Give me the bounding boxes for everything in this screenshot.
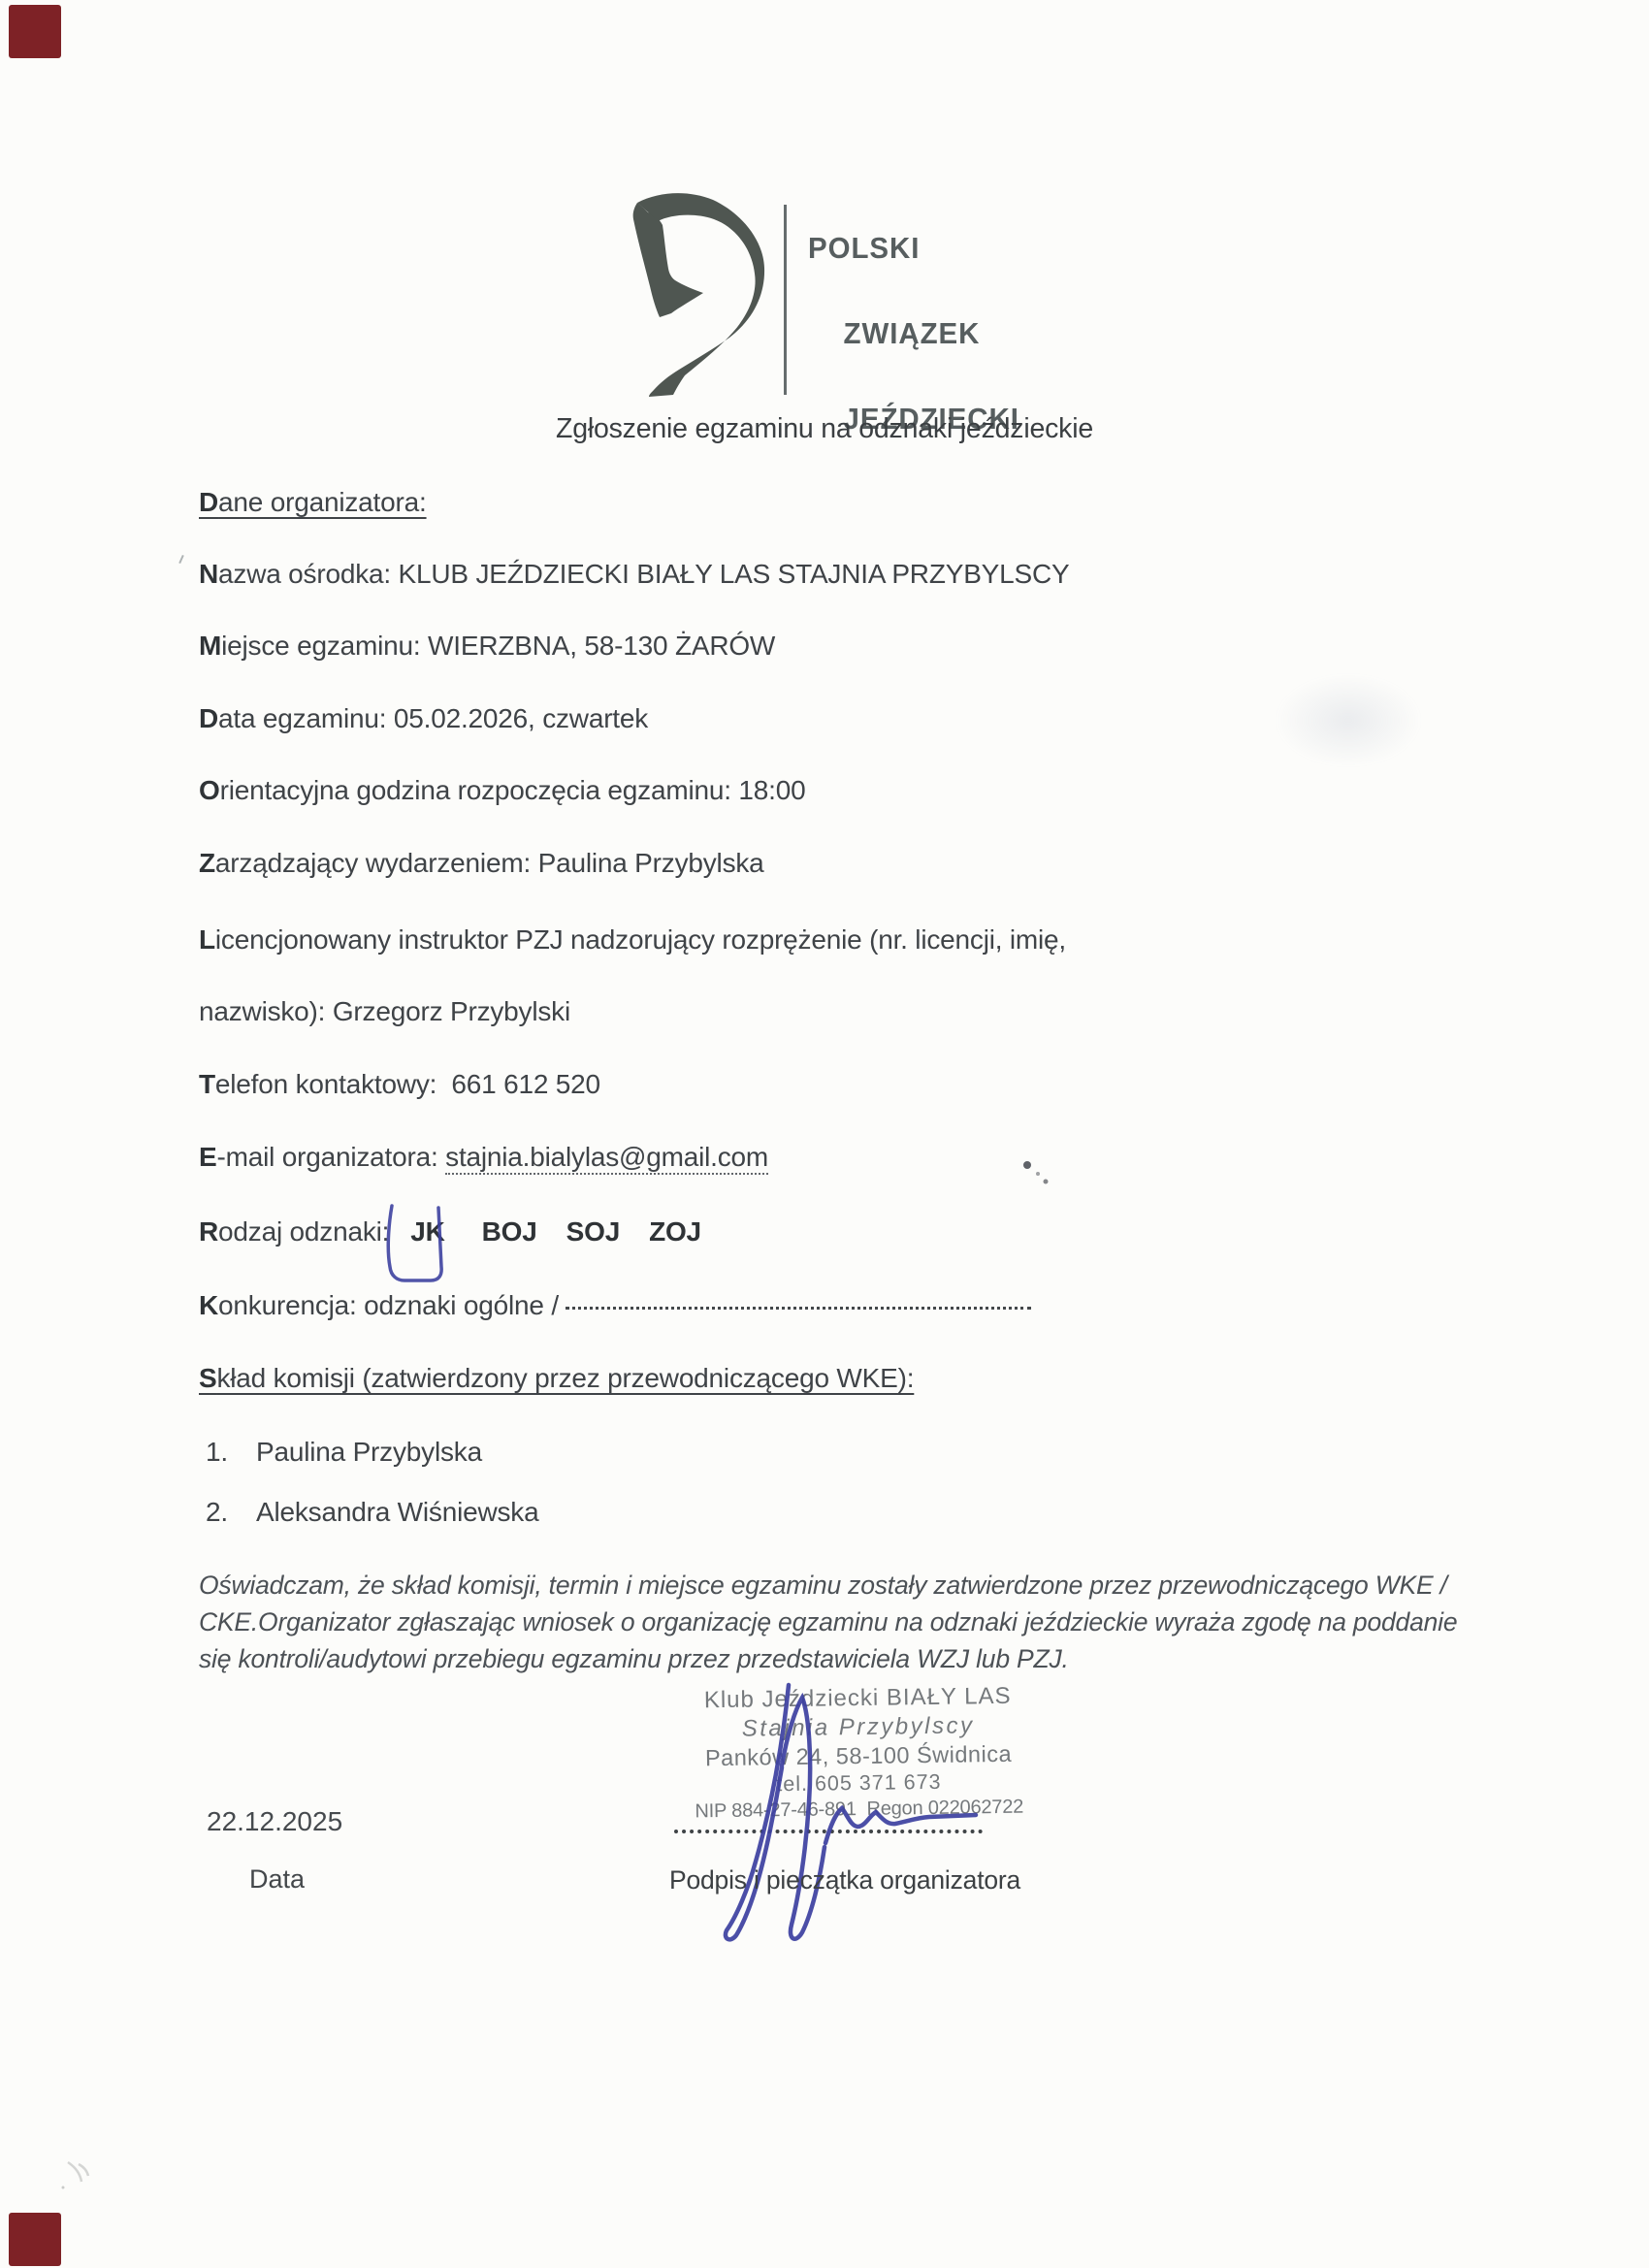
field-text: ata egzaminu: 05.02.2026, czwartek xyxy=(218,703,648,733)
field-text: icencjonowany instruktor PZJ nadzorujący… xyxy=(215,924,1066,955)
member-number: 1. xyxy=(206,1437,256,1468)
field-text: arządzający wydarzeniem: Paulina Przybyl… xyxy=(215,848,764,878)
logo-line-1: POLSKI xyxy=(808,231,920,265)
field-event-manager: Zarządzający wydarzeniem: Paulina Przyby… xyxy=(199,848,764,879)
field-lead: D xyxy=(199,703,218,733)
field-lead: R xyxy=(199,1216,218,1247)
field-lead: Z xyxy=(199,848,215,878)
declaration-line-2: CKE.Organizator zgłaszając wniosek o org… xyxy=(199,1607,1457,1637)
field-lead: E xyxy=(199,1142,216,1172)
date-label: Data xyxy=(249,1864,305,1895)
date-value: 22.12.2025 xyxy=(207,1806,342,1837)
heading-lead-letter: S xyxy=(199,1363,216,1393)
competition-dotted-blank xyxy=(566,1307,1031,1310)
logo-divider-line xyxy=(784,205,787,395)
field-text: azwa ośrodka: KLUB JEŹDZIECKI BIAŁY LAS … xyxy=(218,559,1069,589)
badge-option-jk: JK xyxy=(410,1216,444,1247)
competition-label: onkurencja: odznaki ogólne / xyxy=(218,1290,566,1320)
committee-member-2: 2.Aleksandra Wiśniewska xyxy=(206,1497,538,1528)
field-instructor-line2: nazwisko): Grzegorz Przybylski xyxy=(199,996,570,1027)
field-organizer-email: E-mail organizatora: stajnia.bialylas@gm… xyxy=(199,1142,768,1173)
field-badge-type: Rodzaj odznaki:JKBOJSOJZOJ xyxy=(199,1216,701,1247)
ink-specks xyxy=(1014,1150,1062,1193)
field-lead: M xyxy=(199,631,221,661)
member-name: Aleksandra Wiśniewska xyxy=(256,1497,538,1527)
field-lead: T xyxy=(199,1069,215,1099)
member-name: Paulina Przybylska xyxy=(256,1437,482,1467)
committee-heading: Skład komisji (zatwierdzony przez przewo… xyxy=(199,1363,914,1394)
field-competition: Konkurencja: odznaki ogólne / xyxy=(199,1290,1031,1321)
field-text: elefon kontaktowy: 661 612 520 xyxy=(215,1069,600,1099)
badge-option-soj: SOJ xyxy=(566,1216,620,1247)
scan-punch-hole-mark-bottom xyxy=(9,2213,61,2266)
field-lead: N xyxy=(199,559,218,589)
field-center-name: Nazwa ośrodka: KLUB JEŹDZIECKI BIAŁY LAS… xyxy=(199,559,1070,590)
committee-member-1: 1.Paulina Przybylska xyxy=(206,1437,482,1468)
badge-type-label: odzaj odznaki: xyxy=(218,1216,389,1247)
field-exam-place: Miejsce egzaminu: WIERZBNA, 58-130 ŻARÓW xyxy=(199,631,775,662)
scan-faint-scribble xyxy=(15,2158,102,2212)
scan-punch-hole-mark-top xyxy=(9,5,61,58)
section-heading-organizer-data: Dane organizatora: xyxy=(199,487,427,518)
logo-org-name: POLSKI ZWIĄZEK JEŹDZIECKI xyxy=(808,227,1019,440)
signature-dotted-line xyxy=(674,1820,983,1833)
organizer-rubber-stamp: Klub Jeździecki BIAŁY LAS Stajnia Przyby… xyxy=(630,1681,1087,1827)
scan-stray-mark xyxy=(178,555,183,564)
heading-text: kład komisji (zatwierdzony przez przewod… xyxy=(216,1363,914,1393)
scanned-document-page: POLSKI ZWIĄZEK JEŹDZIECKI Zgłoszenie egz… xyxy=(0,0,1649,2268)
signature-stamp-label: Podpis i pieczątka organizatora xyxy=(669,1865,1020,1895)
declaration-line-1: Oświadczam, że skład komisji, termin i m… xyxy=(199,1571,1447,1601)
field-contact-phone: Telefon kontaktowy: 661 612 520 xyxy=(199,1069,600,1100)
scan-smudge xyxy=(1276,674,1421,766)
field-exam-date: Data egzaminu: 05.02.2026, czwartek xyxy=(199,703,648,734)
field-text: nazwisko): Grzegorz Przybylski xyxy=(199,996,570,1026)
field-lead: L xyxy=(199,924,215,955)
heading-text: ane organizatora: xyxy=(218,487,427,517)
logo-line-2: ZWIĄZEK xyxy=(844,316,981,350)
member-number: 2. xyxy=(206,1497,256,1528)
document-title: Zgłoszenie egzaminu na odznaki jeździeck… xyxy=(0,413,1649,445)
heading-lead-letter: D xyxy=(199,487,218,517)
email-label: -mail organizatora: xyxy=(216,1142,445,1172)
field-instructor-line1: Licencjonowany instruktor PZJ nadzorując… xyxy=(199,924,1066,956)
field-start-time: Orientacyjna godzina rozpoczęcia egzamin… xyxy=(199,775,805,806)
field-lead: O xyxy=(199,775,220,805)
badge-option-boj: BOJ xyxy=(482,1216,537,1247)
email-address-link: stajnia.bialylas@gmail.com xyxy=(445,1142,768,1175)
field-lead: K xyxy=(199,1290,218,1320)
field-text: iejsce egzaminu: WIERZBNA, 58-130 ŻARÓW xyxy=(221,631,775,661)
horse-d-logo-icon xyxy=(621,184,795,407)
declaration-line-3: się kontroli/audytowi przebiegu egzaminu… xyxy=(199,1644,1069,1674)
field-text: rientacyjna godzina rozpoczęcia egzaminu… xyxy=(220,775,806,805)
badge-option-zoj: ZOJ xyxy=(649,1216,701,1247)
